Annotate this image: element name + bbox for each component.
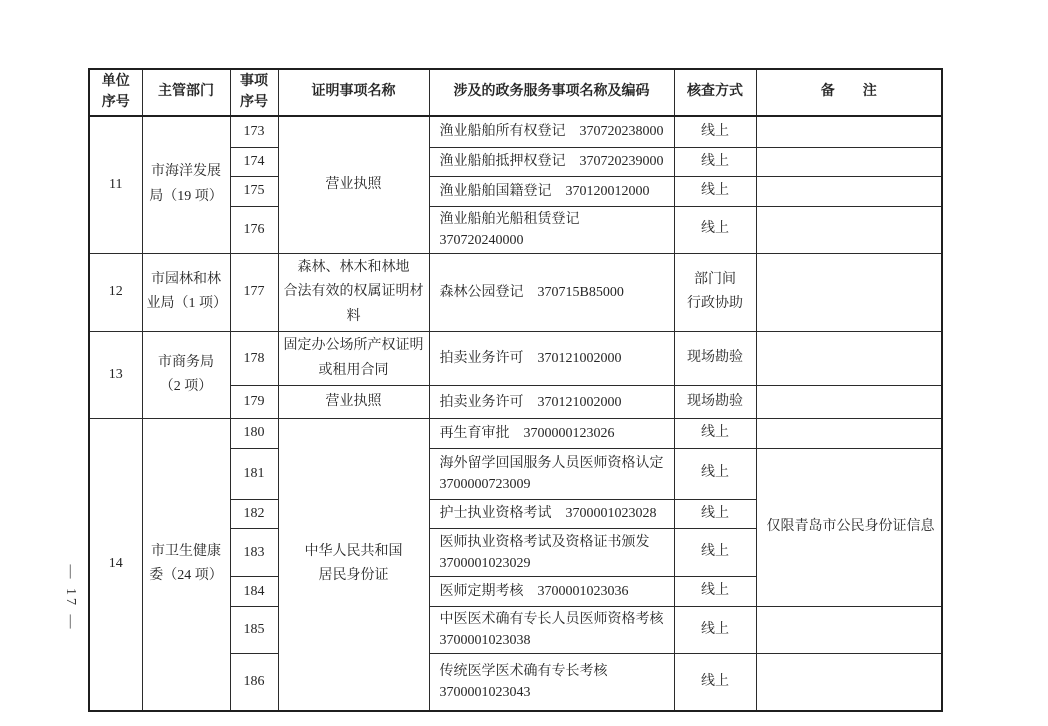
unit-no-cell: 11 [89,116,142,253]
method-cell: 线上 [674,607,756,654]
remark-cell [756,253,942,332]
item-no-cell: 185 [230,607,278,654]
remark-cell [756,116,942,147]
item-no-cell: 183 [230,529,278,577]
method-cell: 现场勘验 [674,386,756,419]
cert-name-cell: 营业执照 [278,116,429,253]
remark-cell [756,607,942,654]
service-cell: 传统医学医术确有专长考核 3700001023043 [429,654,674,711]
method-cell: 线上 [674,529,756,577]
cert-name-cell: 营业执照 [278,386,429,419]
item-no-cell: 179 [230,386,278,419]
item-no-cell: 186 [230,654,278,711]
item-no-cell: 178 [230,332,278,386]
service-cell: 拍卖业务许可 370121002000 [429,386,674,419]
table-row: 14 市卫生健康 委（24 项） 180 中华人民共和国 居民身份证 再生育审批… [89,419,942,449]
remark-cell [756,206,942,253]
dept-cell: 市商务局 （2 项） [142,332,230,419]
method-cell: 线上 [674,147,756,177]
method-cell: 线上 [674,116,756,147]
header-item-no: 事项 序号 [230,69,278,116]
remark-cell [756,332,942,386]
header-dept: 主管部门 [142,69,230,116]
method-cell: 线上 [674,654,756,711]
service-cell: 医师执业资格考试及资格证书颁发 3700001023029 [429,529,674,577]
item-no-cell: 177 [230,253,278,332]
method-cell: 线上 [674,419,756,449]
method-cell: 线上 [674,206,756,253]
dept-cell: 市园林和林 业局（1 项） [142,253,230,332]
item-no-cell: 173 [230,116,278,147]
item-no-cell: 175 [230,177,278,207]
service-cell: 再生育审批 3700000123026 [429,419,674,449]
service-cell: 渔业船舶光船租赁登记 370720240000 [429,206,674,253]
service-cell: 渔业船舶所有权登记 370720238000 [429,116,674,147]
table-row: 13 市商务局 （2 项） 178 固定办公场所产权证明 或租用合同 拍卖业务许… [89,332,942,386]
dept-cell: 市卫生健康 委（24 项） [142,419,230,711]
remark-cell [756,386,942,419]
service-cell: 医师定期考核 3700001023036 [429,577,674,607]
header-method: 核查方式 [674,69,756,116]
item-no-cell: 182 [230,499,278,529]
header-cert-name: 证明事项名称 [278,69,429,116]
item-no-cell: 174 [230,147,278,177]
table-row: 12 市园林和林 业局（1 项） 177 森林、林木和林地 合法有效的权属证明材… [89,253,942,332]
header-row: 单位 序号 主管部门 事项 序号 证明事项名称 涉及的政务服务事项名称及编码 核… [89,69,942,116]
dept-cell: 市海洋发展 局（19 项） [142,116,230,253]
header-unit-no: 单位 序号 [89,69,142,116]
method-cell: 现场勘验 [674,332,756,386]
service-cell: 渔业船舶抵押权登记 370720239000 [429,147,674,177]
certification-items-table: 单位 序号 主管部门 事项 序号 证明事项名称 涉及的政务服务事项名称及编码 核… [88,68,943,712]
service-cell: 森林公园登记 370715B85000 [429,253,674,332]
service-cell: 中医医术确有专长人员医师资格考核 3700001023038 [429,607,674,654]
item-no-cell: 181 [230,448,278,499]
remark-cell [756,177,942,207]
method-cell: 部门间 行政协助 [674,253,756,332]
table-row: 11 市海洋发展 局（19 项） 173 营业执照 渔业船舶所有权登记 3707… [89,116,942,147]
page-number: — 17 — [62,565,78,632]
method-cell: 线上 [674,177,756,207]
cert-name-cell: 固定办公场所产权证明 或租用合同 [278,332,429,386]
service-cell: 拍卖业务许可 370121002000 [429,332,674,386]
service-cell: 渔业船舶国籍登记 370120012000 [429,177,674,207]
service-cell: 海外留学回国服务人员医师资格认定 3700000723009 [429,448,674,499]
method-cell: 线上 [674,577,756,607]
remark-cell [756,654,942,711]
header-remark: 备 注 [756,69,942,116]
item-no-cell: 184 [230,577,278,607]
service-cell: 护士执业资格考试 3700001023028 [429,499,674,529]
cert-name-cell: 森林、林木和林地 合法有效的权属证明材料 [278,253,429,332]
document-page: { "page": { "side_page_number": "— 17 —"… [0,0,1048,726]
remark-cell: 仅限青岛市公民身份证信息 [756,448,942,607]
remark-cell [756,147,942,177]
unit-no-cell: 14 [89,419,142,711]
unit-no-cell: 13 [89,332,142,419]
item-no-cell: 176 [230,206,278,253]
method-cell: 线上 [674,448,756,499]
header-service: 涉及的政务服务事项名称及编码 [429,69,674,116]
unit-no-cell: 12 [89,253,142,332]
cert-name-cell: 中华人民共和国 居民身份证 [278,419,429,711]
item-no-cell: 180 [230,419,278,449]
remark-cell [756,419,942,449]
method-cell: 线上 [674,499,756,529]
